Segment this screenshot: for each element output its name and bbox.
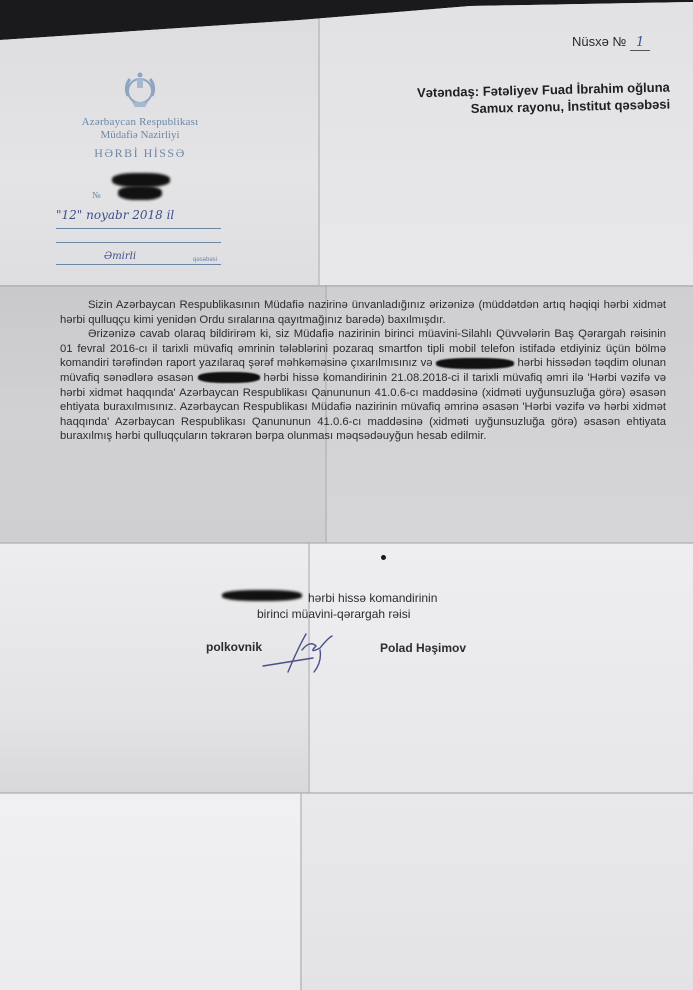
copy-number: Nüsxə № 1 <box>572 34 650 50</box>
city-suffix: qəsəbəsi <box>193 257 217 263</box>
body-paragraph-1: Sizin Azərbaycan Respublikasının Müdafiə… <box>60 298 666 327</box>
redaction-mark <box>112 173 170 187</box>
letterhead: Azərbaycan Respublikası Müdafiə Nazirliy… <box>40 70 240 162</box>
letterhead-country: Azərbaycan Respublikası <box>40 116 240 129</box>
body-paragraph-2: Ərizənizə cavab olaraq bildirirəm ki, si… <box>60 327 666 444</box>
document-city: Əmirli <box>104 251 136 262</box>
fold-panel <box>0 793 300 990</box>
registration-number-label: № <box>92 190 101 200</box>
document-paper: Azərbaycan Respublikası Müdafiə Nazirliy… <box>0 0 693 990</box>
letterhead-unit: HƏRBİ HİSSƏ <box>40 144 240 162</box>
signatory-rank: polkovnik <box>206 640 262 654</box>
copy-number-value: 1 <box>630 35 650 51</box>
handwritten-signature-icon <box>258 628 348 676</box>
redaction-mark <box>436 358 514 369</box>
blank-underline <box>56 242 221 243</box>
fold-panel <box>308 543 693 793</box>
fold-crease <box>0 285 693 287</box>
fold-crease <box>0 792 693 794</box>
city-underline <box>56 264 221 265</box>
redaction-mark <box>198 372 260 383</box>
signatory-title-line-1: hərbi hissə komandirinin <box>230 590 437 606</box>
signatory-title: hərbi hissə komandirinin birinci müavini… <box>230 590 437 622</box>
document-date: "12" noyabr 2018 il <box>56 208 174 222</box>
fold-panel <box>300 793 693 990</box>
fold-crease <box>300 793 302 990</box>
letter-body: Sizin Azərbaycan Respublikasının Müdafiə… <box>60 298 666 444</box>
letterhead-ministry: Müdafiə Nazirliyi <box>40 129 240 142</box>
signatory-title-line-2: birinci müavini-qərargah rəisi <box>230 606 437 622</box>
copy-number-label: Nüsxə № <box>572 34 626 49</box>
signatory-name: Polad Həşimov <box>380 641 466 655</box>
fold-crease <box>318 0 320 285</box>
recipient-block: Vətəndaş: Fətəliyev Fuad İbrahim oğluna … <box>365 79 671 120</box>
ink-dot <box>381 555 386 560</box>
redaction-mark <box>118 186 162 200</box>
fold-crease <box>0 542 693 544</box>
azerbaijan-coat-of-arms-icon <box>120 70 160 110</box>
